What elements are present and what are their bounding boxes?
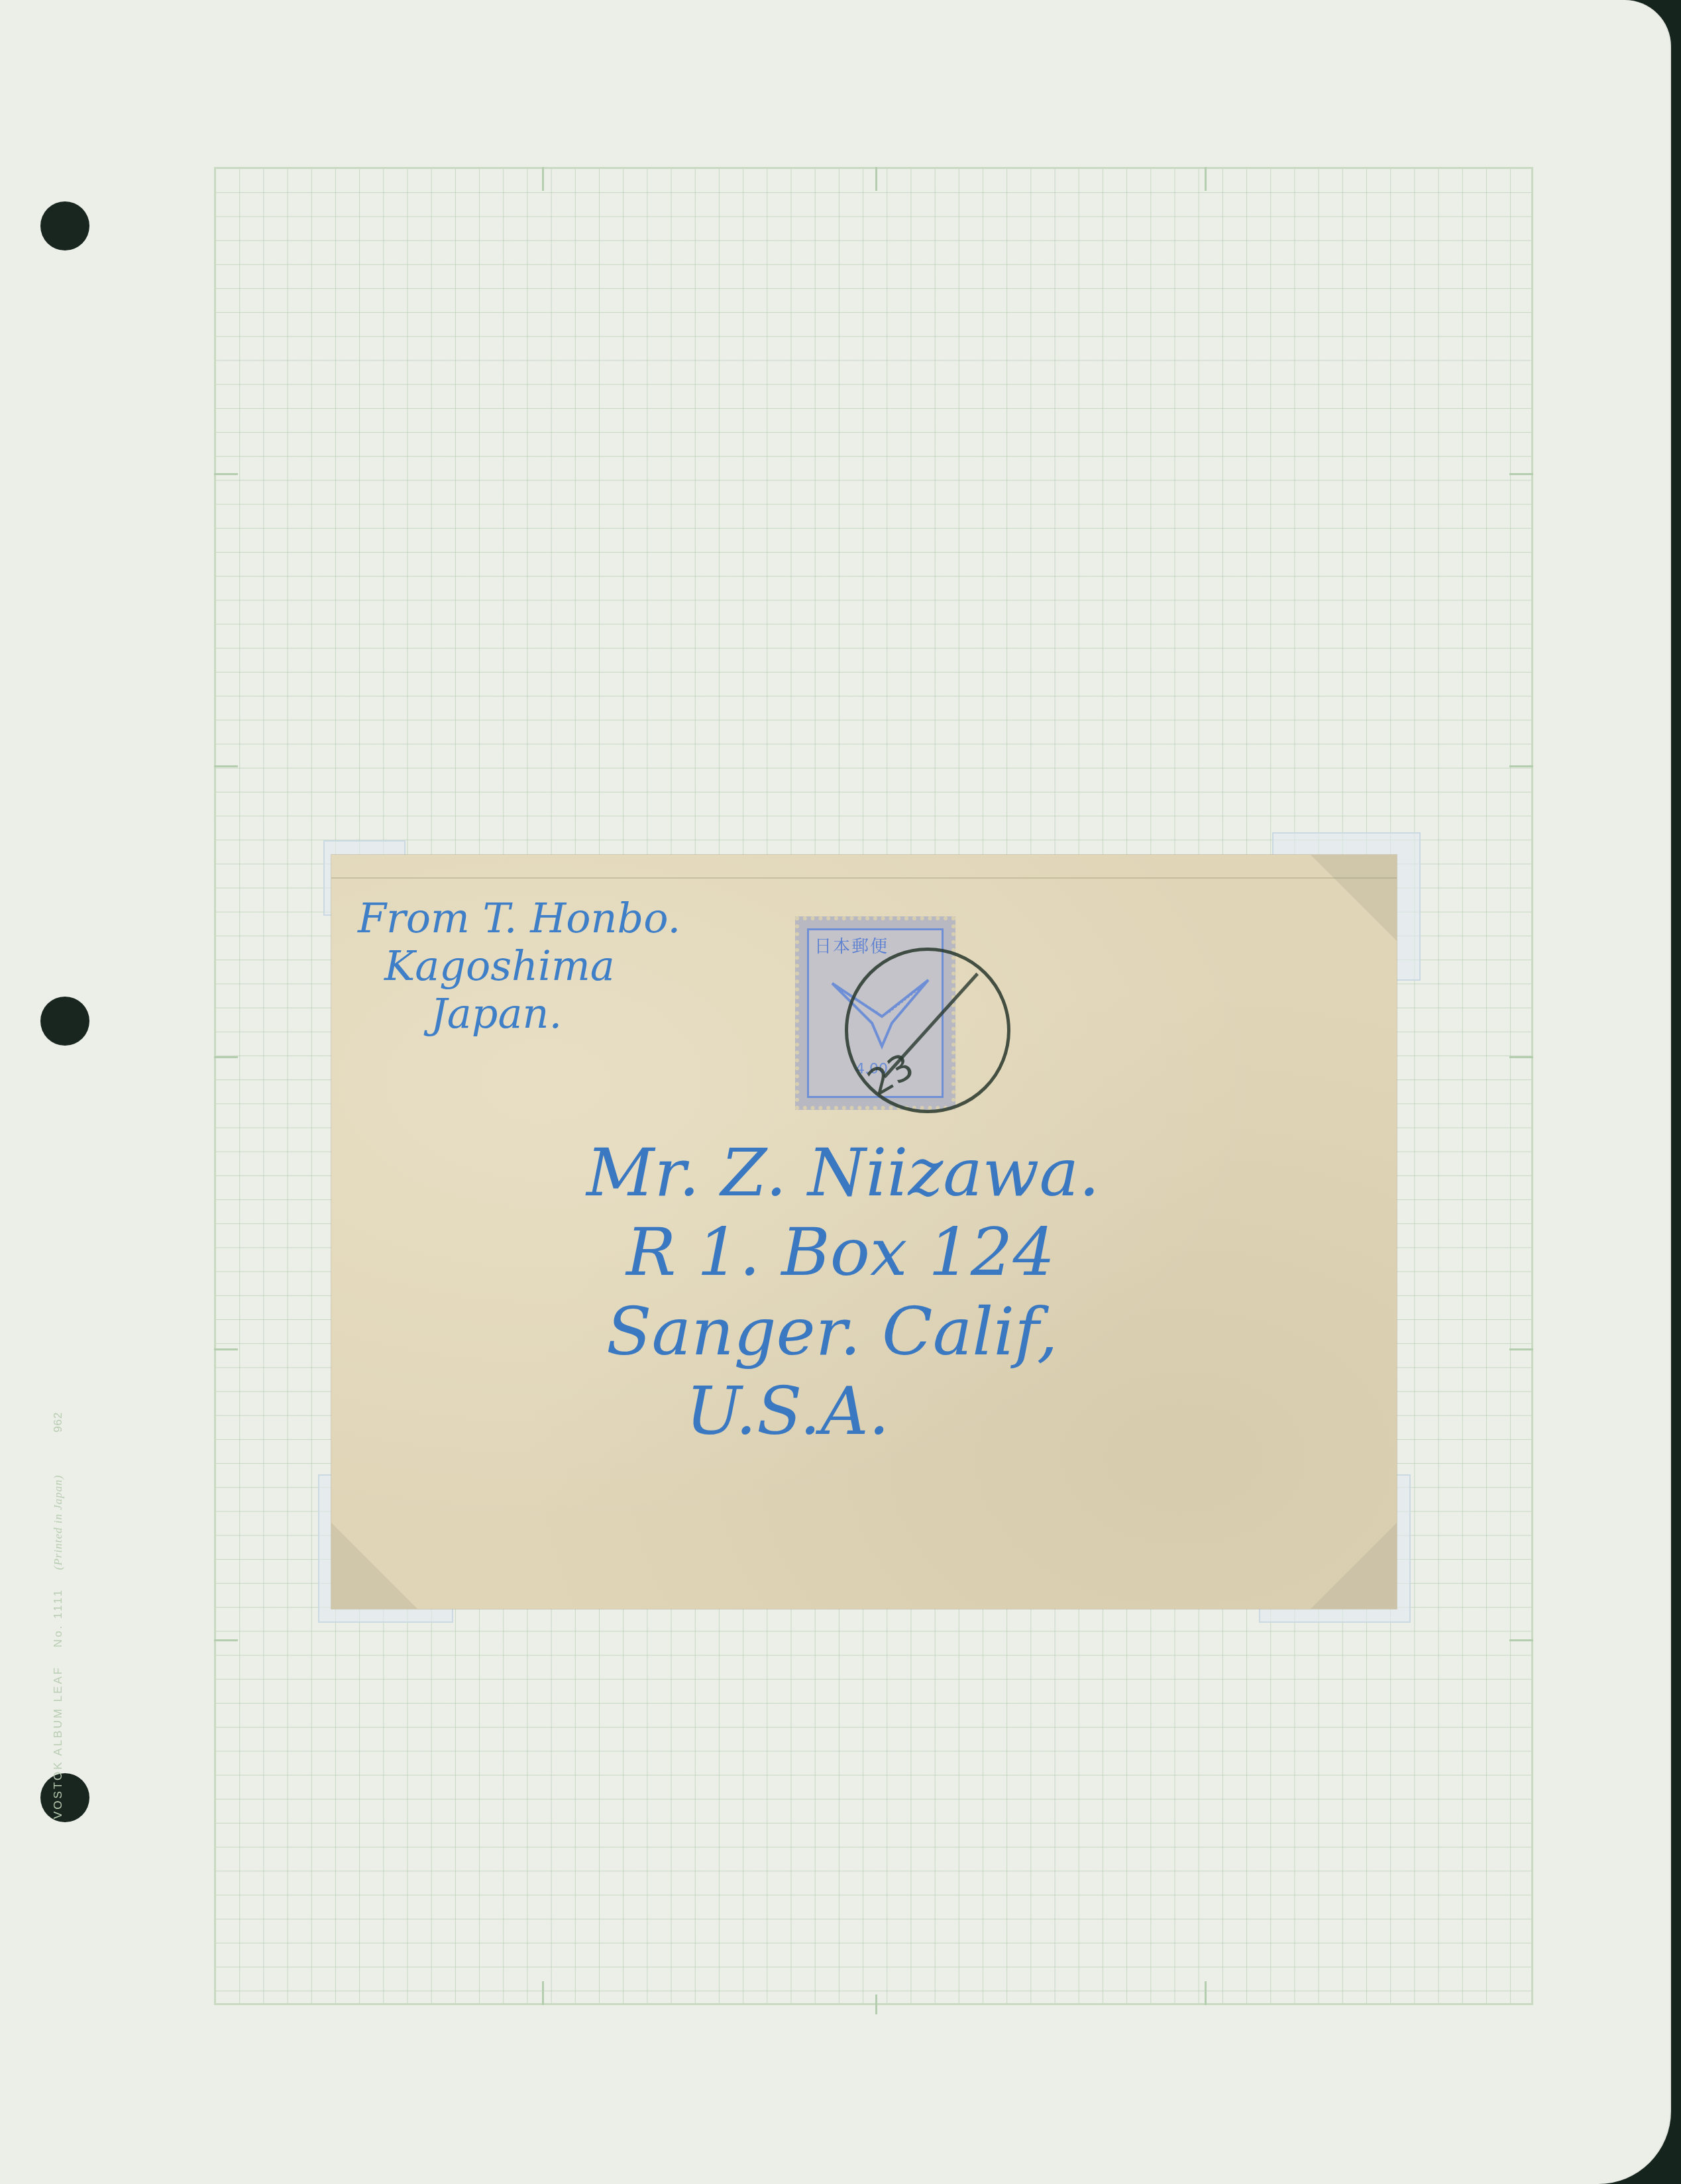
grid-tick xyxy=(1509,473,1533,475)
envelope-corner-shade xyxy=(1311,1523,1397,1609)
grid-tick xyxy=(1509,1348,1533,1350)
binder-hole-middle xyxy=(40,997,89,1046)
grid-tick xyxy=(214,1348,238,1350)
grid-tick xyxy=(1509,765,1533,767)
grid-tick xyxy=(875,167,877,191)
recipient-name: Mr. Z. Niizawa. xyxy=(586,1133,1100,1213)
postmark: 23 xyxy=(845,948,1010,1113)
sender-country: Japan. xyxy=(358,990,680,1038)
leaf-imprint: VOSTOK ALBUM LEAF No. 1111 (Printed in J… xyxy=(52,1411,65,1819)
leaf-code: 962 xyxy=(52,1411,64,1432)
binder-hole-top xyxy=(40,201,89,250)
sender-name: From T. Honbo. xyxy=(358,895,680,942)
grid-tick xyxy=(542,167,544,191)
grid-tick xyxy=(214,1056,238,1058)
album-leaf: VOSTOK ALBUM LEAF No. 1111 (Printed in J… xyxy=(0,0,1671,2184)
sender-city: Kagoshima xyxy=(358,942,680,990)
grid-tick xyxy=(542,1981,544,2005)
grid-tick xyxy=(875,1994,877,2014)
printed-note: (Printed in Japan) xyxy=(52,1475,64,1570)
recipient-street: R 1. Box 124 xyxy=(586,1213,1100,1292)
recipient-address: Mr. Z. Niizawa. R 1. Box 124 Sanger. Cal… xyxy=(586,1133,1100,1451)
envelope-fold xyxy=(331,877,1397,879)
sender-address: From T. Honbo. Kagoshima Japan. xyxy=(358,895,680,1038)
grid-tick xyxy=(1205,167,1207,191)
envelope: From T. Honbo. Kagoshima Japan. 日本郵便 4.0… xyxy=(331,855,1397,1609)
leaf-brand: VOSTOK ALBUM LEAF xyxy=(52,1666,64,1819)
recipient-country: U.S.A. xyxy=(586,1372,1100,1451)
grid-tick xyxy=(214,473,238,475)
grid-tick xyxy=(1509,1639,1533,1641)
envelope-corner-shade xyxy=(1311,855,1397,941)
recipient-city: Sanger. Calif, xyxy=(586,1292,1100,1372)
binder-hole-bottom xyxy=(40,1773,89,1822)
envelope-corner-shade xyxy=(331,1523,417,1609)
grid-tick xyxy=(214,1639,238,1641)
leaf-number: No. 1111 xyxy=(52,1588,64,1647)
grid-tick xyxy=(214,765,238,767)
stamp-inscription: 日本郵便 xyxy=(814,933,889,957)
grid-tick xyxy=(1509,1056,1533,1058)
grid-tick xyxy=(1205,1981,1207,2005)
